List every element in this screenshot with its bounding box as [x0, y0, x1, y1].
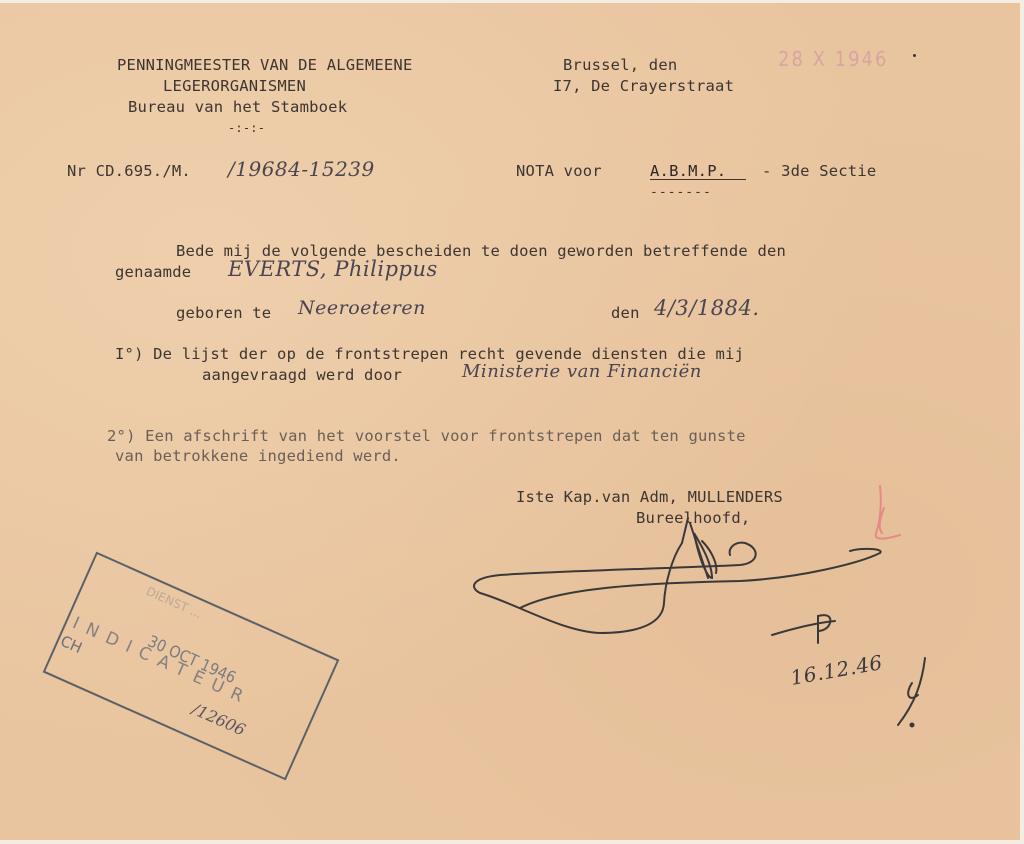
received-date-stamp: 28 X 1946 [778, 47, 888, 71]
person-name-handwritten: EVERTS, Philippus [228, 257, 438, 281]
document-page: PENNINGMEESTER VAN DE ALGEMEENE LEGERORG… [0, 3, 1020, 840]
intro-line2-label: genaamde [115, 262, 191, 282]
handwritten-date-note: 16.12.46 [789, 650, 885, 690]
birthdate-handwritten: 4/3/1884. [654, 296, 760, 320]
org-name-line1: PENNINGMEESTER VAN DE ALGEMEENE [117, 55, 413, 75]
item1-line2-label: aangevraagd werd door [202, 365, 402, 385]
reference-prefix: Nr CD.695./M. [67, 161, 191, 181]
header-separator: -:-:- [228, 118, 265, 138]
signature-scribble [474, 518, 881, 633]
indicateur-stamp: DIENST ... 30 OCT 1946 INDICATEUR CH /12… [43, 552, 340, 781]
nota-label: NOTA voor [516, 161, 602, 181]
address-line: I7, De Crayerstraat [553, 76, 734, 96]
recipient-section: - 3de Sectie [762, 161, 876, 181]
recipient-underline [650, 179, 746, 180]
initial-p-mark [772, 615, 835, 643]
date-label: den [611, 303, 640, 323]
place-date-line: Brussel, den [563, 55, 677, 75]
bureau-name: Bureau van het Stamboek [128, 97, 347, 117]
red-pencil-mark [876, 486, 900, 539]
stamp-line-top: DIENST ... [144, 584, 204, 621]
reference-handwritten-number: /19684-15239 [228, 157, 375, 181]
born-label: geboren te [176, 303, 271, 323]
ink-dot [913, 54, 916, 57]
org-name-line2: LEGERORGANISMEN [163, 76, 306, 96]
handwritten-initials [898, 658, 925, 727]
stamp-indicateur-label: INDICATEUR [69, 613, 254, 710]
item2-line1: 2°) Een afschrift van het voorstel voor … [107, 426, 746, 446]
item1-requester-handwritten: Ministerie van Financiën [462, 361, 702, 382]
recipient: A.B.M.P. [650, 161, 726, 181]
signatory-title: Iste Kap.van Adm, MULLENDERS [516, 487, 783, 507]
recipient-dashes: ------- [650, 185, 712, 200]
signatory-role: Bureelhoofd, [636, 508, 750, 528]
item2-line2: van betrokkene ingediend werd. [115, 446, 401, 466]
birthplace-handwritten: Neeroeteren [298, 297, 426, 319]
